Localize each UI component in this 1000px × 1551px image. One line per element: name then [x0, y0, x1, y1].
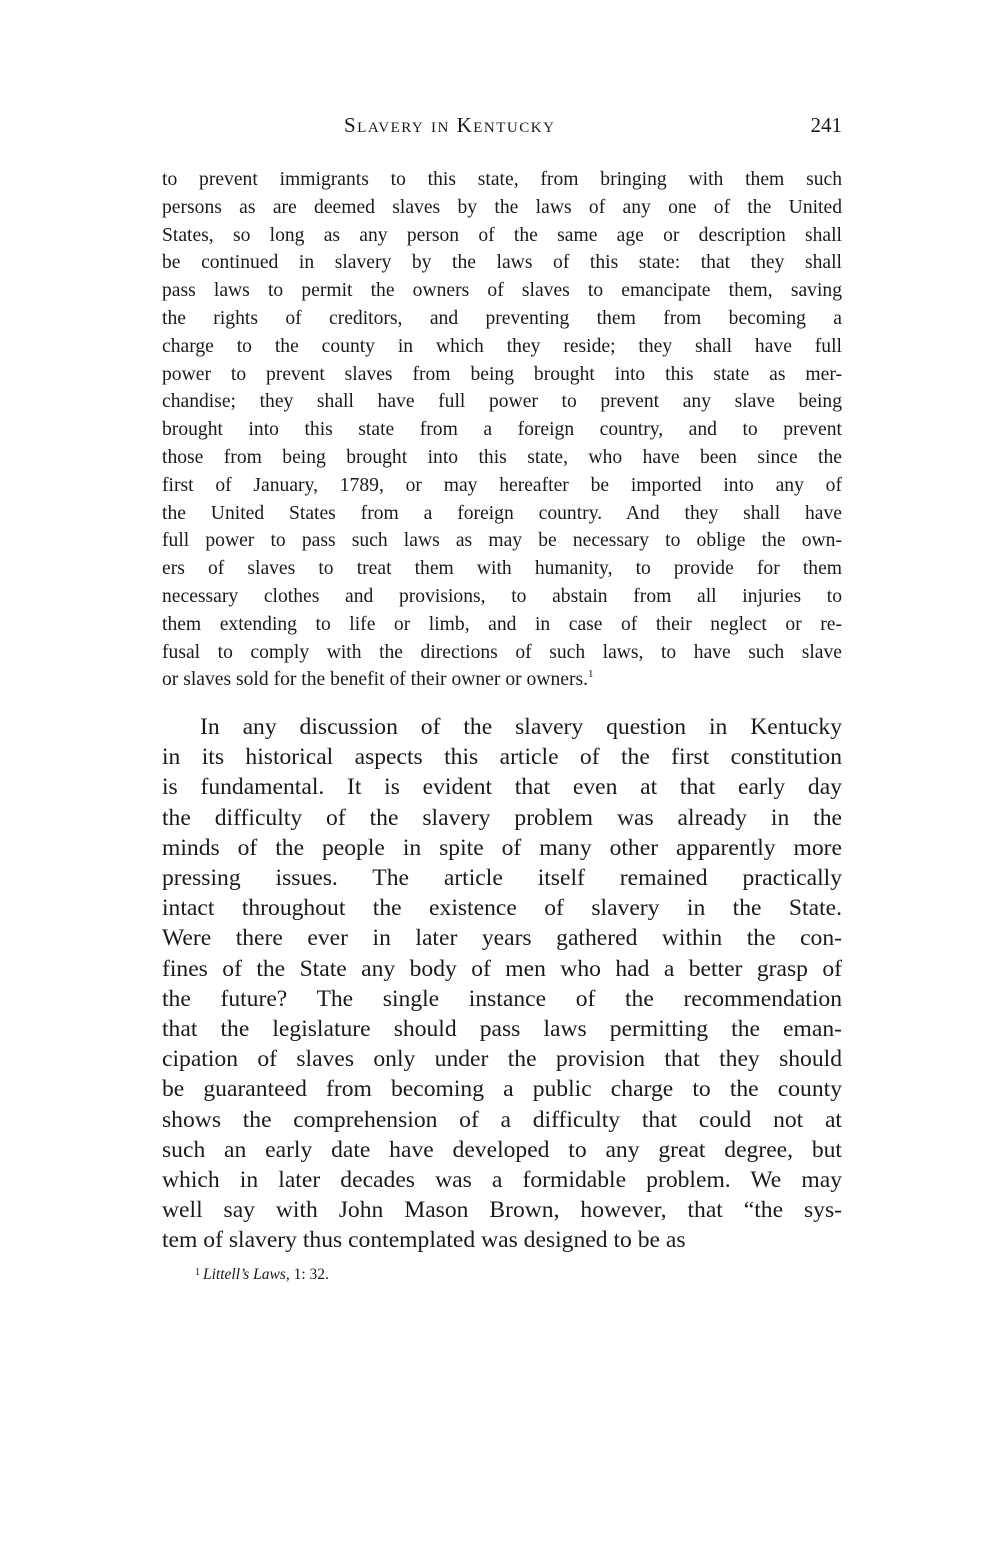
text-line: In any discussion of the slavery questio…	[162, 712, 842, 742]
text-line-content: charge to the county in which they resid…	[162, 336, 842, 357]
text-line: be continued in slavery by the laws of t…	[162, 249, 842, 277]
footnote: 1Littell’s Laws, 1: 32.	[195, 1266, 329, 1284]
text-line: necessary clothes and provisions, to abs…	[162, 583, 842, 611]
text-line-content: them extending to life or limb, and in c…	[162, 614, 842, 635]
text-line: those from being brought into this state…	[162, 444, 842, 472]
page-header: Slavery in Kentucky 241	[162, 113, 842, 143]
text-line-content: which in later decades was a formidable …	[162, 1167, 842, 1193]
text-line-content: the difficulty of the slavery problem wa…	[162, 805, 842, 831]
footnote-reference[interactable]: 1	[588, 668, 594, 680]
text-line: cipation of slaves only under the provis…	[162, 1044, 842, 1074]
text-line-content: first of January, 1789, or may hereafter…	[162, 475, 842, 496]
text-line: to prevent immigrants to this state, fro…	[162, 166, 842, 194]
text-line: power to prevent slaves from being broug…	[162, 361, 842, 389]
text-line: is fundamental. It is evident that even …	[162, 772, 842, 802]
text-line-content: shows the comprehension of a difficulty …	[162, 1107, 842, 1133]
text-line-content: be continued in slavery by the laws of t…	[162, 252, 842, 273]
text-line-content: those from being brought into this state…	[162, 447, 842, 468]
text-line-content: tem of slavery thus contemplated was des…	[162, 1227, 686, 1253]
text-line: brought into this state from a foreign c…	[162, 416, 842, 444]
text-line: in its historical aspects this article o…	[162, 742, 842, 772]
text-line-content: persons as are deemed slaves by the laws…	[162, 197, 842, 218]
running-title: Slavery in Kentucky	[344, 113, 555, 138]
body-paragraph: In any discussion of the slavery questio…	[162, 712, 842, 1256]
text-line-content: fusal to comply with the directions of s…	[162, 642, 842, 663]
text-line: fines of the State any body of men who h…	[162, 954, 842, 984]
text-line: the rights of creditors, and preventing …	[162, 305, 842, 333]
text-line: that the legislature should pass laws pe…	[162, 1014, 842, 1044]
text-line: or slaves sold for the benefit of their …	[162, 666, 842, 694]
text-line-content: be guaranteed from becoming a public cha…	[162, 1076, 842, 1102]
text-line: intact throughout the existence of slave…	[162, 893, 842, 923]
text-line-content: minds of the people in spite of many oth…	[162, 835, 842, 861]
text-line: the difficulty of the slavery problem wa…	[162, 803, 842, 833]
text-line: the United States from a foreign country…	[162, 500, 842, 528]
text-line-content: cipation of slaves only under the provis…	[162, 1046, 842, 1072]
text-line: minds of the people in spite of many oth…	[162, 833, 842, 863]
text-line-content: ers of slaves to treat them with humanit…	[162, 558, 842, 579]
text-line: the future? The single instance of the r…	[162, 984, 842, 1014]
text-line: charge to the county in which they resid…	[162, 333, 842, 361]
text-line: which in later decades was a formidable …	[162, 1165, 842, 1195]
text-line-content: such an early date have developed to any…	[162, 1137, 842, 1163]
text-line: fusal to comply with the directions of s…	[162, 639, 842, 667]
text-line-content: well say with John Mason Brown, however,…	[162, 1197, 842, 1223]
footnote-marker: 1	[195, 1267, 200, 1278]
text-line-content: brought into this state from a foreign c…	[162, 419, 842, 440]
text-line-content: or slaves sold for the benefit of their …	[162, 669, 588, 690]
text-line-content: to prevent immigrants to this state, fro…	[162, 169, 842, 190]
text-line-content: the future? The single instance of the r…	[162, 986, 842, 1012]
text-line: ers of slaves to treat them with humanit…	[162, 555, 842, 583]
text-line: States, so long as any person of the sam…	[162, 222, 842, 250]
text-line-content: necessary clothes and provisions, to abs…	[162, 586, 842, 607]
text-line-content: the United States from a foreign country…	[162, 503, 842, 524]
text-line: full power to pass such laws as may be n…	[162, 527, 842, 555]
text-line: be guaranteed from becoming a public cha…	[162, 1074, 842, 1104]
text-line-content: the rights of creditors, and preventing …	[162, 308, 842, 329]
footnote-citation: 1: 32.	[294, 1266, 329, 1283]
text-line-content: fines of the State any body of men who h…	[162, 956, 842, 982]
text-line-content: intact throughout the existence of slave…	[162, 895, 842, 921]
text-line: them extending to life or limb, and in c…	[162, 611, 842, 639]
text-line-content: pass laws to permit the owners of slaves…	[162, 280, 842, 301]
text-line: shows the comprehension of a difficulty …	[162, 1105, 842, 1135]
text-line-content: chandise; they shall have full power to …	[162, 391, 842, 412]
page-number: 241	[811, 113, 843, 138]
text-line: such an early date have developed to any…	[162, 1135, 842, 1165]
text-line: pass laws to permit the owners of slaves…	[162, 277, 842, 305]
text-line: chandise; they shall have full power to …	[162, 388, 842, 416]
text-line-content: pressing issues. The article itself rema…	[162, 865, 842, 891]
text-line-content: that the legislature should pass laws pe…	[162, 1016, 842, 1042]
text-line-content: In any discussion of the slavery questio…	[200, 714, 842, 740]
footnote-source: Littell’s Laws,	[203, 1266, 290, 1283]
text-line: Were there ever in later years gathered …	[162, 923, 842, 953]
text-line-content: Were there ever in later years gathered …	[162, 925, 842, 951]
text-line-content: is fundamental. It is evident that even …	[162, 774, 842, 800]
text-line: well say with John Mason Brown, however,…	[162, 1195, 842, 1225]
text-line: pressing issues. The article itself rema…	[162, 863, 842, 893]
block-quote-constitution-article: to prevent immigrants to this state, fro…	[162, 166, 842, 694]
text-line: first of January, 1789, or may hereafter…	[162, 472, 842, 500]
text-line-content: in its historical aspects this article o…	[162, 744, 842, 770]
text-line-content: power to prevent slaves from being broug…	[162, 364, 842, 385]
text-line: tem of slavery thus contemplated was des…	[162, 1225, 842, 1255]
text-line-content: full power to pass such laws as may be n…	[162, 530, 842, 551]
text-line-content: States, so long as any person of the sam…	[162, 225, 842, 246]
text-line: persons as are deemed slaves by the laws…	[162, 194, 842, 222]
